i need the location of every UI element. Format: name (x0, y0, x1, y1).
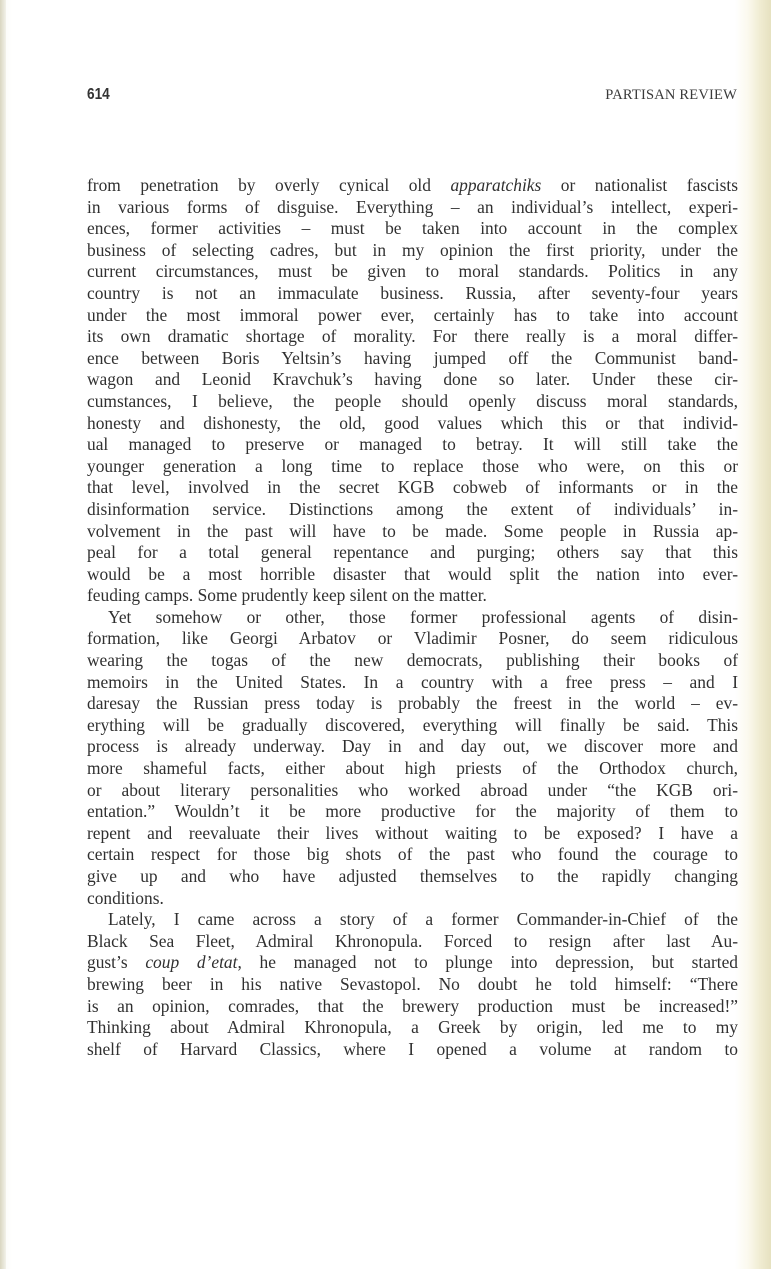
text-line: formation, like Georgi Arbatov or Vladim… (87, 628, 738, 650)
text-line: wagon and Leonid Kravchuk’s having done … (87, 369, 738, 391)
text-line: Lately, I came across a story of a forme… (87, 909, 738, 931)
page-gutter-edge (0, 0, 6, 1269)
text-line: ual managed to preserve or managed to be… (87, 434, 738, 456)
text-line: ences, former activities – must be taken… (87, 218, 738, 240)
italic-term: coup d’etat (145, 952, 237, 972)
text-line: erything will be gradually discovered, e… (87, 715, 738, 737)
text-line: business of selecting cadres, but in my … (87, 240, 738, 262)
text-line: peal for a total general repentance and … (87, 542, 738, 564)
text-line: from penetration by overly cynical old a… (87, 175, 738, 197)
page-header: 614 PARTISAN REVIEW (87, 86, 737, 110)
text-line: process is already underway. Day in and … (87, 736, 738, 758)
text-line: is an opinion, comrades, that the brewer… (87, 996, 738, 1018)
text-line: cumstances, I believe, the people should… (87, 391, 738, 413)
text-line: repent and reevaluate their lives withou… (87, 823, 738, 845)
text-line: current circumstances, must be given to … (87, 261, 738, 283)
text-line: feuding camps. Some prudently keep silen… (87, 585, 738, 607)
running-head: PARTISAN REVIEW (605, 87, 737, 104)
text-line: shelf of Harvard Classics, where I opene… (87, 1039, 738, 1061)
text-line: entation.” Wouldn’t it be more productiv… (87, 801, 738, 823)
paragraph: Lately, I came across a story of a forme… (87, 909, 738, 1060)
text-line: that level, involved in the secret KGB c… (87, 477, 738, 499)
text-line: disinformation service. Distinctions amo… (87, 499, 738, 521)
text-line: daresay the Russian press today is proba… (87, 693, 738, 715)
body-text: from penetration by overly cynical old a… (87, 175, 738, 1060)
paragraph: from penetration by overly cynical old a… (87, 175, 738, 607)
text-line: certain respect for those big shots of t… (87, 844, 738, 866)
text-line: more shameful facts, either about high p… (87, 758, 738, 780)
text-line: younger generation a long time to replac… (87, 456, 738, 478)
text-line: memoirs in the United States. In a count… (87, 672, 738, 694)
text-line: volvement in the past will have to be ma… (87, 521, 738, 543)
page-number: 614 (87, 86, 110, 104)
text-line: give up and who have adjusted themselves… (87, 866, 738, 888)
text-line: or about literary personalities who work… (87, 780, 738, 802)
text-line: honesty and dishonesty, the old, good va… (87, 413, 738, 435)
text-line: ence between Boris Yeltsin’s having jump… (87, 348, 738, 370)
text-line: its own dramatic shortage of morality. F… (87, 326, 738, 348)
text-line: country is not an immaculate business. R… (87, 283, 738, 305)
text-line: in various forms of disguise. Everything… (87, 197, 738, 219)
text-line: would be a most horrible disaster that w… (87, 564, 738, 586)
text-line: conditions. (87, 888, 738, 910)
italic-term: apparatchiks (450, 175, 541, 195)
text-line: under the most immoral power ever, certa… (87, 305, 738, 327)
text-line: brewing beer in his native Sevastopol. N… (87, 974, 738, 996)
text-line: Thinking about Admiral Khronopula, a Gre… (87, 1017, 738, 1039)
text-line: wearing the togas of the new democrats, … (87, 650, 738, 672)
text-line: Yet somehow or other, those former profe… (87, 607, 738, 629)
text-line: Black Sea Fleet, Admiral Khronopula. For… (87, 931, 738, 953)
text-line: gust’s coup d’etat, he managed not to pl… (87, 952, 738, 974)
paragraph: Yet somehow or other, those former profe… (87, 607, 738, 909)
